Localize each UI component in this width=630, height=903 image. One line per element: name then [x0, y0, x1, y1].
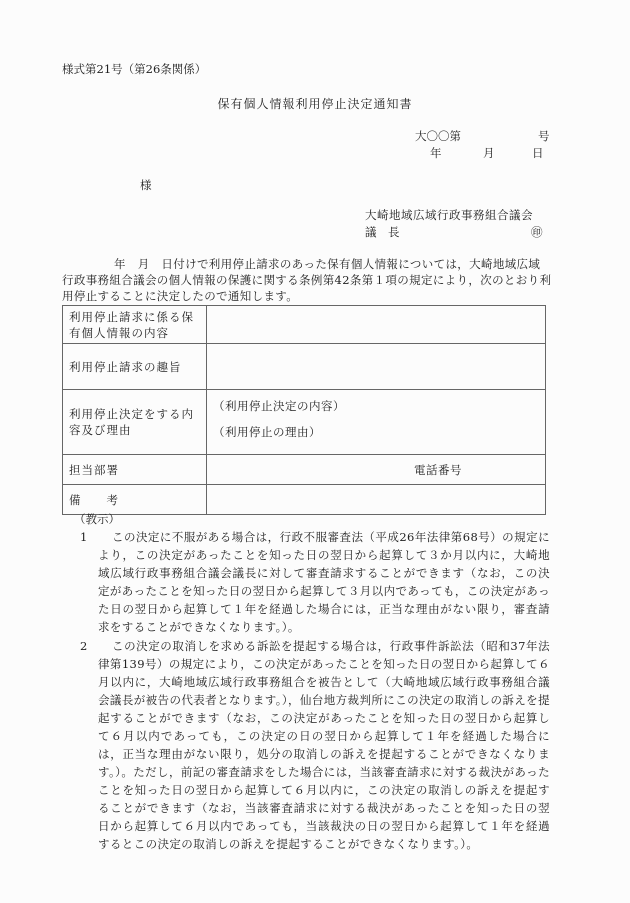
instruction-text: この決定に不服がある場合は，行政不服審査法（平成26年法律第68号）の規定により… [98, 528, 550, 636]
row-value [207, 344, 546, 390]
document-number: 大〇〇第 号 [415, 131, 461, 143]
instruction-item: 2 この決定の取消しを求める訴訟を提起する場合は，行政事件訴訟法（昭和37年法律… [80, 637, 550, 853]
instruction-text: この決定の取消しを求める訴訟を提起する場合は，行政事件訴訟法（昭和37年法律第1… [98, 637, 550, 853]
row-label: 利用停止請求に係る保有個人情報の内容 [63, 306, 207, 344]
table-row: 利用停止決定をする内容及び理由 （利用停止決定の内容） （利用停止の理由） [63, 390, 546, 455]
seal-icon: ㊞ [531, 227, 543, 239]
date-year: 年 [430, 148, 442, 160]
decision-content-label: （利用停止決定の内容） [213, 393, 539, 419]
row-value: （利用停止決定の内容） （利用停止の理由） [207, 390, 546, 455]
issuer-organization: 大崎地域広域行政事務組合議会 [365, 210, 533, 222]
decision-table: 利用停止請求に係る保有個人情報の内容 利用停止請求の趣旨 利用停止決定をする内容… [62, 305, 546, 515]
table-row: 利用停止請求に係る保有個人情報の内容 [63, 306, 546, 344]
row-label: 利用停止請求の趣旨 [63, 344, 207, 390]
row-label: 担当部署 [63, 455, 207, 485]
instruction-heading: （教示） [74, 514, 120, 526]
notice-body-text: 年 月 日付けで利用停止請求のあった保有個人情報については，大崎地域広域行政事務… [62, 257, 551, 303]
table-row: 担当部署 電話番号 [63, 455, 546, 485]
decision-reason-label: （利用停止の理由） [213, 419, 539, 445]
notice-body: 年 月 日付けで利用停止請求のあった保有個人情報については，大崎地域広域行政事務… [62, 256, 552, 304]
instruction-item: 1 この決定に不服がある場合は，行政不服審査法（平成26年法律第68号）の規定に… [80, 528, 550, 636]
row-value [207, 306, 546, 344]
issuer-chair: 議 長 [365, 225, 400, 239]
document-title: 保有個人情報利用停止決定通知書 [0, 98, 630, 110]
row-label: 備 考 [63, 485, 207, 515]
row-label: 利用停止決定をする内容及び理由 [63, 390, 207, 455]
addressee: 様 [140, 180, 152, 192]
table-row: 利用停止請求の趣旨 [63, 344, 546, 390]
date-month: 月 [483, 148, 495, 160]
document-number-prefix: 大〇〇第 [415, 129, 461, 143]
form-number: 様式第21号（第26条関係） [62, 64, 206, 76]
row-value [207, 485, 546, 515]
document-number-suffix: 号 [538, 131, 550, 143]
table-row: 備 考 [63, 485, 546, 515]
instruction-number: 2 [80, 637, 88, 655]
date-day: 日 [532, 148, 544, 160]
issuer-title: 議 長 ㊞ [365, 227, 400, 239]
instruction-number: 1 [80, 528, 88, 546]
phone-number-label: 電話番号 [207, 455, 546, 485]
